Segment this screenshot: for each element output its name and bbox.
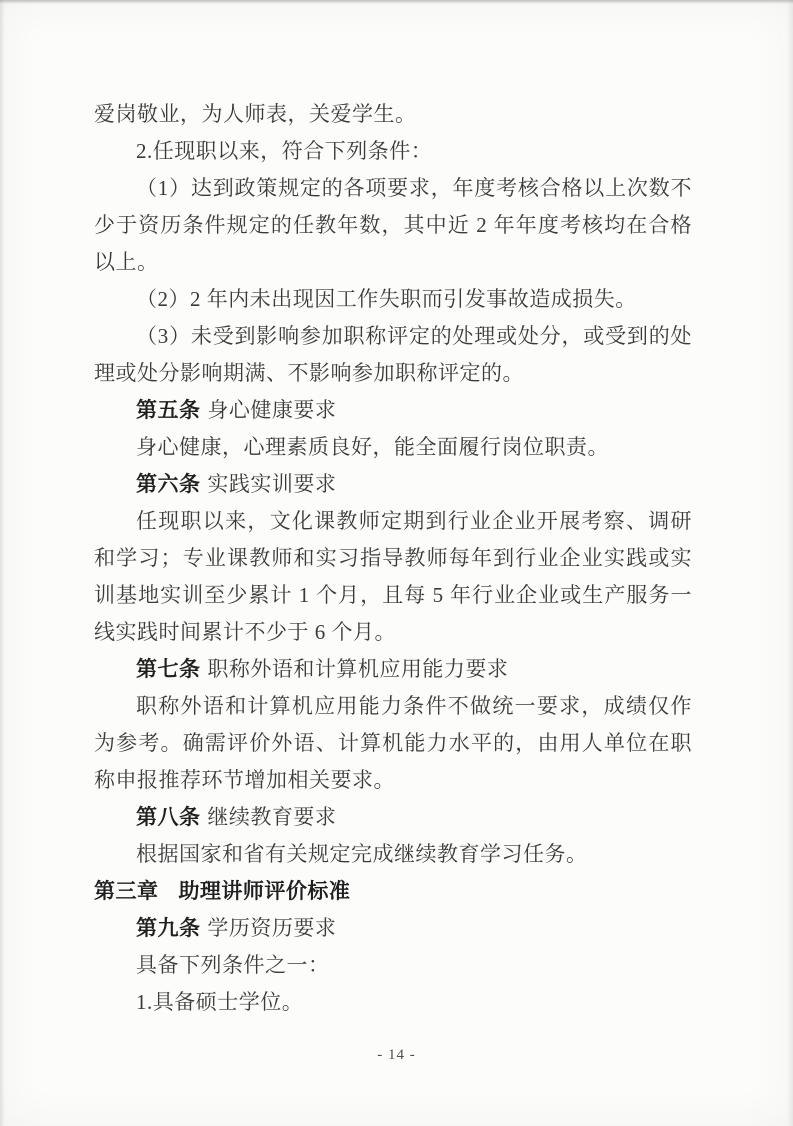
paragraph: 1.具备硕士学位。 [94,984,692,1021]
paragraph: （1）达到政策规定的各项要求，年度考核合格以上次数不少于资历条件规定的任教年数，… [94,170,692,281]
scan-edge-artifact-right [787,0,793,1126]
article-title: 职称外语和计算机应用能力要求 [207,657,508,681]
paragraph: （2）2 年内未出现因工作失职而引发事故造成损失。 [94,281,692,318]
paragraph: 身心健康，心理素质良好，能全面履行岗位职责。 [94,429,692,466]
scan-edge-artifact-left [0,0,5,1126]
article-number-label: 第七条 [136,658,201,681]
article-title: 身心健康要求 [207,398,336,422]
article-heading: 第九条学历资历要求 [94,910,692,947]
article-heading: 第五条身心健康要求 [94,392,692,429]
paragraph: （3）未受到影响参加职称评定的处理或处分，或受到的处理或处分影响期满、不影响参加… [94,318,692,392]
article-heading: 第六条实践实训要求 [94,466,692,503]
scan-edge-artifact-top [0,0,793,4]
article-number-label: 第六条 [136,473,201,496]
article-number-label: 第五条 [136,399,201,422]
paragraph: 具备下列条件之一： [94,947,692,984]
paragraph: 职称外语和计算机应用能力条件不做统一要求，成绩仅作为参考。确需评价外语、计算机能… [94,688,692,799]
article-heading: 第八条继续教育要求 [94,799,692,836]
chapter-number-label: 第三章 [94,880,159,903]
chapter-heading: 第三章助理讲师评价标准 [94,873,692,910]
page-number: - 14 - [0,1044,793,1066]
chapter-title: 助理讲师评价标准 [178,880,350,903]
article-heading: 第七条职称外语和计算机应用能力要求 [94,651,692,688]
article-number-label: 第八条 [136,806,201,829]
article-title: 继续教育要求 [207,805,336,829]
document-body: 爱岗敬业，为人师表，关爱学生。 2.任现职以来，符合下列条件： （1）达到政策规… [94,96,692,1021]
article-title: 实践实训要求 [207,472,336,496]
paragraph: 爱岗敬业，为人师表，关爱学生。 [94,96,692,133]
article-title: 学历资历要求 [207,916,336,940]
paragraph: 任现职以来，文化课教师定期到行业企业开展考察、调研和学习；专业课教师和实习指导教… [94,503,692,651]
paragraph: 2.任现职以来，符合下列条件： [94,133,692,170]
paragraph: 根据国家和省有关规定完成继续教育学习任务。 [94,836,692,873]
article-number-label: 第九条 [136,917,201,940]
scanned-document-page: 爱岗敬业，为人师表，关爱学生。 2.任现职以来，符合下列条件： （1）达到政策规… [0,0,793,1126]
